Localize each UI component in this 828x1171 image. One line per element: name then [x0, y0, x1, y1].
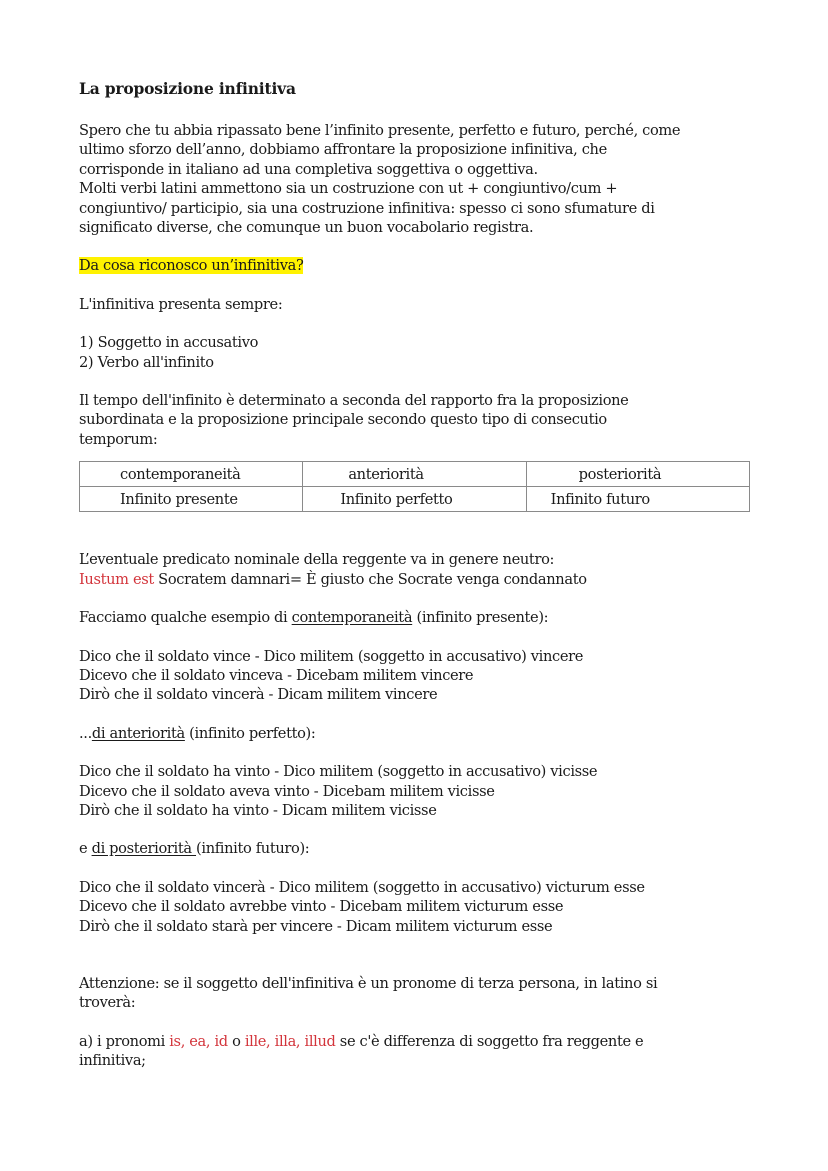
text-line: congiuntivo/ participio, sia una costruz…	[79, 199, 759, 218]
text-line: ultimo sforzo dell’anno, dobbiamo affron…	[79, 140, 759, 159]
example-line: Dirò che il soldato ha vinto - Dicam mil…	[79, 801, 759, 820]
text-line: temporum:	[79, 430, 759, 449]
text-line: troverà:	[79, 993, 759, 1012]
list-item: 2) Verbo all'infinito	[79, 353, 759, 372]
tempo-paragraph: Il tempo dell'infinito è determinato a s…	[79, 391, 759, 449]
document-title: La proposizione infinitiva	[79, 78, 759, 100]
text-line: infinitiva;	[79, 1051, 759, 1070]
feature-list: 1) Soggetto in accusativo 2) Verbo all'i…	[79, 333, 759, 372]
example-line: Dirò che il soldato vincerà - Dicam mili…	[79, 685, 759, 704]
example-line: Iustum est Socratem damnari= È giusto ch…	[79, 570, 759, 589]
document-page: La proposizione infinitiva Spero che tu …	[79, 78, 759, 1071]
poster-heading: e di posteriorità (infinito futuro):	[79, 839, 759, 858]
highlighted-question: Da cosa riconosco un’infinitiva?	[79, 257, 303, 274]
table-cell: Infinito presente	[80, 487, 303, 512]
table-header-row: contemporaneità anteriorità posteriorità	[80, 462, 750, 487]
text-line: Spero che tu abbia ripassato bene l’infi…	[79, 121, 759, 140]
presenta-text: L'infinitiva presenta sempre:	[79, 295, 759, 314]
example-line: Dicevo che il soldato avrebbe vinto - Di…	[79, 897, 759, 916]
attenzione-paragraph: Attenzione: se il soggetto dell'infiniti…	[79, 974, 759, 1013]
consecutio-table: contemporaneità anteriorità posteriorità…	[79, 461, 750, 512]
table-cell: anteriorità	[303, 462, 526, 487]
anter-examples: Dico che il soldato ha vinto - Dico mili…	[79, 762, 759, 820]
latin-red-text: ille, illa, illud	[245, 1033, 336, 1050]
example-line: Dico che il soldato vincerà - Dico milit…	[79, 878, 759, 897]
example-line: Dicevo che il soldato aveva vinto - Dice…	[79, 782, 759, 801]
text-line: corrisponde in italiano ad una completiv…	[79, 160, 759, 179]
pronomi-paragraph: a) i pronomi is, ea, id o ille, illa, il…	[79, 1032, 759, 1071]
latin-red-text: Iustum est	[79, 571, 154, 588]
latin-red-text: is, ea, id	[169, 1033, 228, 1050]
example-line: Dico che il soldato ha vinto - Dico mili…	[79, 762, 759, 781]
table-cell: contemporaneità	[80, 462, 303, 487]
text-line: Molti verbi latini ammettono sia un cost…	[79, 179, 759, 198]
text-line: a) i pronomi is, ea, id o ille, illa, il…	[79, 1032, 759, 1051]
contemp-heading: Facciamo qualche esempio di contemporane…	[79, 608, 759, 627]
predicato-section: L’eventuale predicato nominale della reg…	[79, 550, 759, 589]
table-row: Infinito presente Infinito perfetto Infi…	[80, 487, 750, 512]
text-line: Attenzione: se il soggetto dell'infiniti…	[79, 974, 759, 993]
table-cell: Infinito perfetto	[303, 487, 526, 512]
poster-examples: Dico che il soldato vincerà - Dico milit…	[79, 878, 759, 936]
text-line: L’eventuale predicato nominale della reg…	[79, 550, 759, 569]
example-line: Dirò che il soldato starà per vincere - …	[79, 917, 759, 936]
text-line: Il tempo dell'infinito è determinato a s…	[79, 391, 759, 410]
table-cell: Infinito futuro	[526, 487, 749, 512]
text-line: significato diverse, che comunque un buo…	[79, 218, 759, 237]
table-cell: posteriorità	[526, 462, 749, 487]
example-line: Dicevo che il soldato vinceva - Dicebam …	[79, 666, 759, 685]
list-item: 1) Soggetto in accusativo	[79, 333, 759, 352]
example-line: Dico che il soldato vince - Dico militem…	[79, 647, 759, 666]
text-line: subordinata e la proposizione principale…	[79, 410, 759, 429]
contemp-examples: Dico che il soldato vince - Dico militem…	[79, 647, 759, 705]
intro-paragraph: Spero che tu abbia ripassato bene l’infi…	[79, 121, 759, 237]
anter-heading: ...di anteriorità (infinito perfetto):	[79, 724, 759, 743]
